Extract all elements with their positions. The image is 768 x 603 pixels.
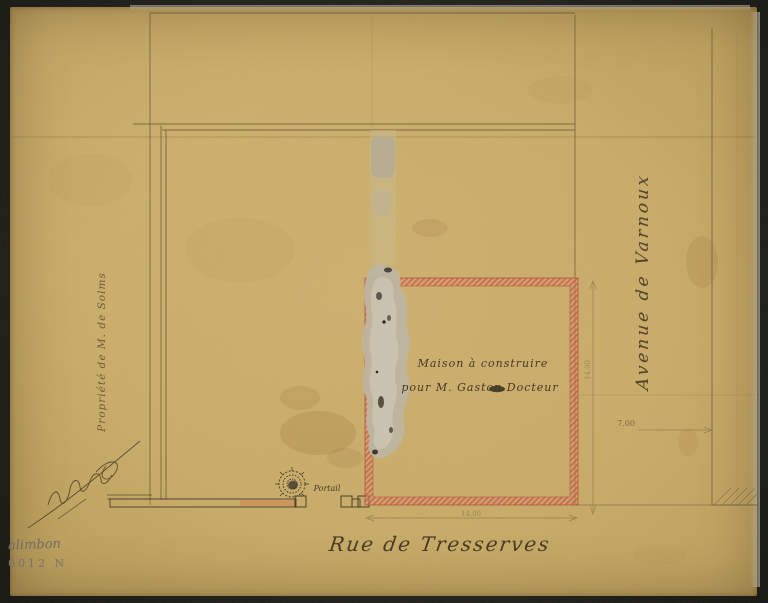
property-label: Propriété de M. de Solms	[96, 272, 112, 432]
dimension-setback-label: 7.00	[606, 419, 646, 428]
avenue-label: Avenue de Varnoux	[633, 189, 653, 391]
pencil-reference: 0012 N	[8, 557, 98, 570]
dimension-depth-label: 14.00	[584, 350, 594, 390]
building-caption-line2: pour M. Gaston Docteur	[400, 381, 560, 394]
gate-label: Portail	[302, 484, 352, 493]
dimension-frontage-label: 14.00	[441, 510, 501, 518]
building-caption-line1: Maison à construire	[403, 357, 563, 370]
street-label: Rue de Tresserves	[318, 532, 561, 556]
pencil-inscription: alimbon	[8, 535, 98, 553]
photo-mount: Avenue de Varnoux Rue de Tresserves Prop…	[0, 0, 768, 603]
